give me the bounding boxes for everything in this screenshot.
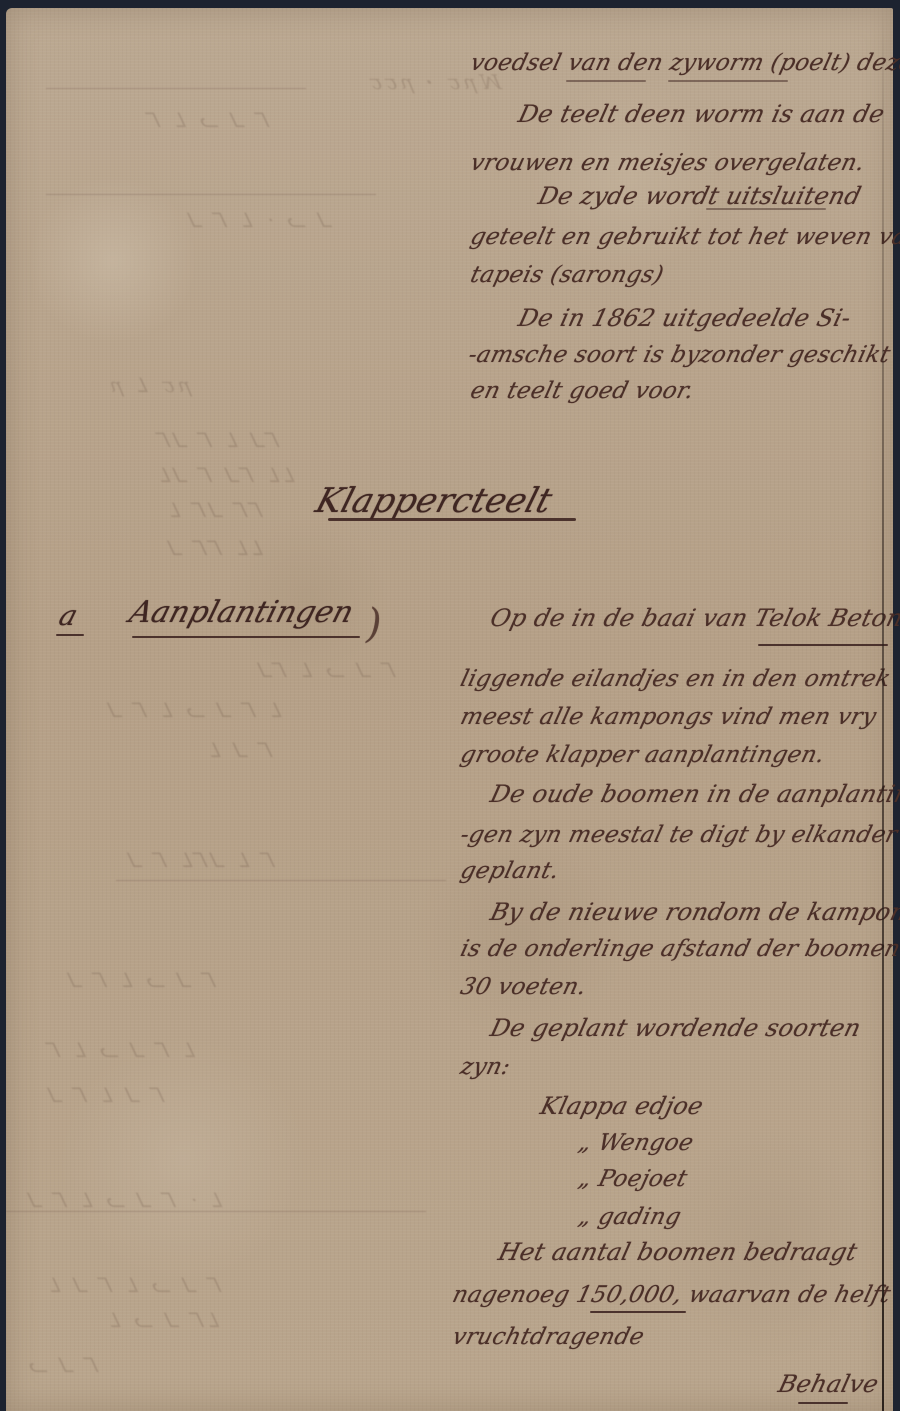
bleed-through-rule xyxy=(46,88,306,89)
bleed-through-text: ᒥ ᒧ ᒪ xyxy=(203,738,275,762)
underline xyxy=(566,80,646,82)
bleed-through-text: ᒥ ᒧ ᓗ xyxy=(23,1353,101,1377)
bleed-through-text: ᒪᒥ ᒧ ᓗ ᒪ xyxy=(103,1308,222,1332)
section-heading: Klappercteelt xyxy=(312,484,556,518)
bleed-through-rule xyxy=(46,194,376,195)
text-line: vrouwen en meisjes overgelaten. xyxy=(468,152,867,175)
subsection-title: Aanplantingen xyxy=(126,598,357,628)
variety-item: „ gading xyxy=(576,1206,683,1229)
text-line: liggende eilandjes en in den omtrek van xyxy=(458,668,900,691)
number-underline xyxy=(590,1311,686,1313)
subsection-underline xyxy=(132,636,360,638)
subsection-marker: a xyxy=(56,602,81,630)
bleed-through-text: ᒥ ᒧ ᓗ ᒪ ᒥᒧ xyxy=(253,658,398,682)
marker-underline xyxy=(56,634,84,636)
place-name-underline xyxy=(758,644,888,646)
catchword: Behalve xyxy=(776,1372,881,1396)
text-line: Het aantal boomen bedraagt xyxy=(496,1240,860,1264)
text-line: tapeis (sarongs) xyxy=(468,264,666,287)
bleed-through-text: ᒥ ᒪ ᒧᒥᒪ ᒥ ᒧ xyxy=(123,848,278,872)
bracket-mark: ) xyxy=(366,604,382,644)
bleed-through-rule xyxy=(6,1211,426,1212)
bleed-through-text: ᒥ ᒧ ᓗ ᒪ ᒥ ᒧ xyxy=(63,968,219,992)
text-line: -gen zyn meestal te digt by elkander xyxy=(458,824,900,847)
bleed-through-numbers: ᒪᒪ ᒥᒥ ᒧ xyxy=(163,536,266,560)
variety-item: „ Poejoet xyxy=(576,1168,690,1191)
text-line: meest alle kampongs vind men vry xyxy=(458,706,878,729)
text-line: is de onderlinge afstand der boomen xyxy=(458,938,900,961)
text-line: De zyde wordt uitsluitend xyxy=(536,184,864,208)
text-line: voedsel van den zyworm (poelt) deze xyxy=(468,52,900,75)
text-line: De oude boomen in de aanplantin- xyxy=(488,782,900,806)
page-edge-shadow xyxy=(882,8,884,1411)
text-line: nagenoeg 150,000, waarvan de helft xyxy=(450,1284,893,1307)
bleed-through-text: ᒧ ᓗ · ᒪ ᒥ ᒧ xyxy=(183,208,334,232)
bleed-through-text: ᒥ ᒧ ᒪ ᒥ ᒧ xyxy=(43,1083,167,1107)
text-line: 30 voeten. xyxy=(458,976,589,999)
text-line: De in 1862 uitgedeelde Si- xyxy=(516,306,854,330)
bleed-through-text: ᒥ ᒧ ᓗ ᒪ ᒥ ᒧ ᒪ xyxy=(43,1273,224,1297)
text-line: De geplant wordende soorten xyxy=(488,1016,863,1040)
bleed-through-rule xyxy=(116,880,446,881)
bleed-through-text: ᒪ ᒥ ᒧ ᓗ ᒪ ᒥ xyxy=(43,1038,198,1062)
scan-bottom-margin xyxy=(0,1411,900,1419)
underline xyxy=(668,80,788,82)
text-line: By de nieuwe rondom de kampongs xyxy=(488,900,900,924)
manuscript-page: ꟽꞃꞇ ꞏ ꞃꞇꞇ ᒥ ᒧ ᓗ ᒪ ᒥ ᒧ ᓗ · ᒪ ᒥ ᒧ ꞃꞇ ᒪ ꞃ ᒥ… xyxy=(6,8,893,1411)
heading-underline xyxy=(328,518,576,521)
underline xyxy=(706,208,826,210)
text-line: groote klapper aanplantingen. xyxy=(458,744,827,767)
bleed-through-text: ᒥ ᒧ ᓗ ᒪ ᒥ xyxy=(143,108,272,132)
text-line: De teelt deen worm is aan de xyxy=(516,102,887,126)
bleed-through-numbers: ꞃꞇ ᒪ ꞃ xyxy=(103,373,193,397)
text-line: geteelt en gebruikt tot het weven van xyxy=(468,226,900,249)
bleed-through-text: ᒪ ᒥ ᒧ ᓗ ᒪ ᒥ ᒧ xyxy=(103,698,284,722)
variety-item: „ Wengoe xyxy=(576,1132,696,1155)
text-line: -amsche soort is byzonder geschikt xyxy=(466,344,893,367)
text-line: Op de in de baai van Telok Betong xyxy=(488,606,900,630)
bleed-through-numbers: ᒪᒪ ᒥᒧ ᒥ ᒧᒪ xyxy=(153,463,297,487)
text-line: en teelt goed voor. xyxy=(468,380,696,403)
text-line: geplant. xyxy=(458,860,562,883)
variety-item: Klappa edjoe xyxy=(538,1094,706,1118)
bleed-through-numbers: ᒥᒥ ᒧᒥ ᒪ xyxy=(163,498,266,522)
text-line: vruchtdragende xyxy=(450,1326,647,1349)
bleed-through-numbers: ᒥᒧ ᒪ ᒥ ᒧᒥ xyxy=(153,428,282,452)
text-line: zyn: xyxy=(458,1056,513,1079)
bleed-through-text: ᒪ · ᒥ ᒧ ᓗ ᒪ ᒥ ᒧ xyxy=(23,1188,225,1212)
catchword-underline xyxy=(798,1402,848,1404)
